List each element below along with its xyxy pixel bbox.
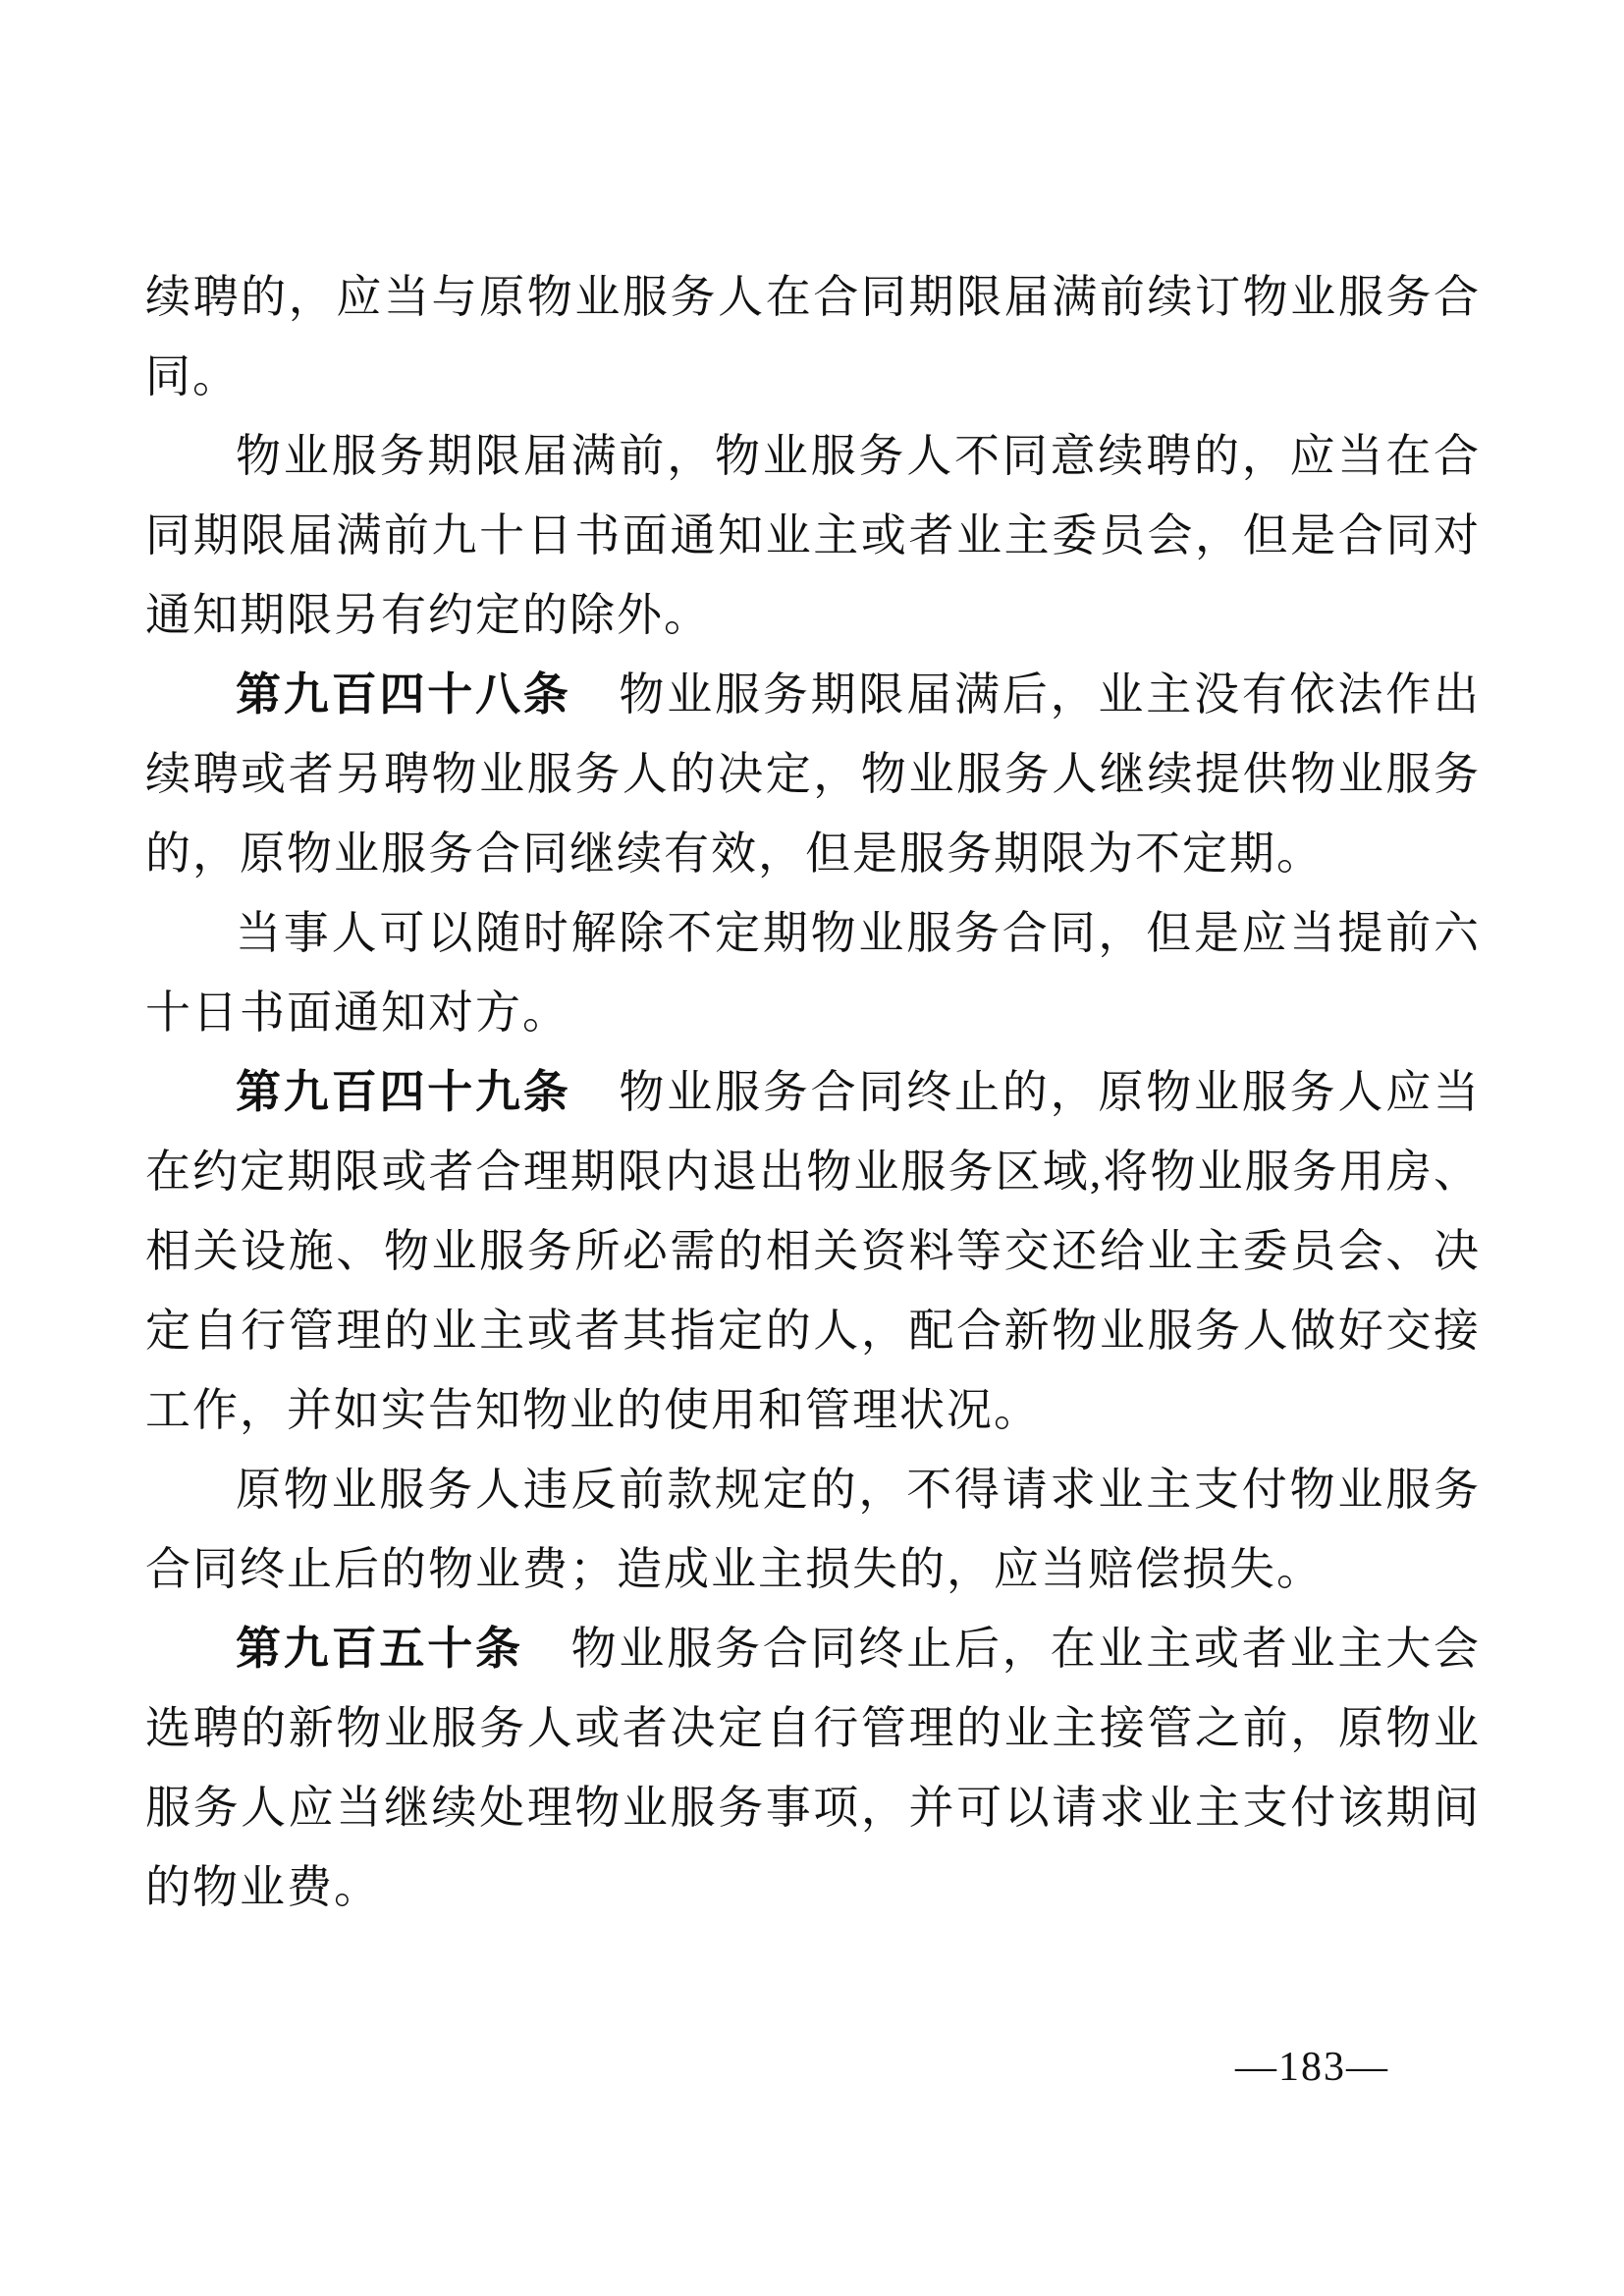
text-line: 同。 xyxy=(145,337,1479,416)
text-segment: 选聘的新物业服务人或者决定自行管理的业主接管之前，原物业 xyxy=(145,1703,1479,1753)
paragraph: 续聘的，应当与原物业服务人在合同期限届满前续订物业服务合同。 xyxy=(145,257,1479,416)
text-segment: 定自行管理的业主或者其指定的人，配合新物业服务人做好交接 xyxy=(145,1306,1479,1356)
text-segment: 同期限届满前九十日书面通知业主或者业主委员会，但是合同对 xyxy=(145,510,1479,561)
text-line: 第九百五十条 物业服务合同终止后，在业主或者业主大会 xyxy=(145,1609,1479,1688)
text-segment: 物业服务期限届满后，业主没有依法作出 xyxy=(571,669,1479,720)
text-segment: 十日书面通知对方。 xyxy=(145,988,569,1038)
text-line: 通知期限另有约定的除外。 xyxy=(145,575,1479,655)
text-line: 相关设施、物业服务所必需的相关资料等交还给业主委员会、决 xyxy=(145,1211,1479,1291)
page-number: —183— xyxy=(1235,2044,1389,2091)
paragraph: 原物业服务人违反前款规定的，不得请求业主支付物业服务合同终止后的物业费；造成业主… xyxy=(145,1450,1479,1609)
text-line: 原物业服务人违反前款规定的，不得请求业主支付物业服务 xyxy=(145,1450,1479,1529)
text-line: 续聘或者另聘物业服务人的决定，物业服务人继续提供物业服务 xyxy=(145,734,1479,814)
text-line: 第九百四十八条 物业服务期限届满后，业主没有依法作出 xyxy=(145,655,1479,734)
paragraph: 第九百五十条 物业服务合同终止后，在业主或者业主大会选聘的新物业服务人或者决定自… xyxy=(145,1609,1479,1927)
paragraph: 当事人可以随时解除不定期物业服务合同，但是应当提前六十日书面通知对方。 xyxy=(145,893,1479,1052)
text-segment: 同。 xyxy=(145,351,240,401)
text-line: 同期限届满前九十日书面通知业主或者业主委员会，但是合同对 xyxy=(145,496,1479,575)
text-line: 定自行管理的业主或者其指定的人，配合新物业服务人做好交接 xyxy=(145,1291,1479,1370)
text-line: 的物业费。 xyxy=(145,1847,1479,1927)
text-segment: 当事人可以随时解除不定期物业服务合同，但是应当提前六 xyxy=(236,908,1479,958)
text-segment: 的物业费。 xyxy=(145,1862,381,1912)
paragraph: 第九百四十九条 物业服务合同终止的，原物业服务人应当在约定期限或者合理期限内退出… xyxy=(145,1052,1479,1450)
text-segment: 物业服务期限届满前，物业服务人不同意续聘的，应当在合 xyxy=(236,431,1479,481)
text-segment: 合同终止后的物业费；造成业主损失的，应当赔偿损失。 xyxy=(145,1544,1324,1594)
text-line: 在约定期限或者合理期限内退出物业服务区域,将物业服务用房、 xyxy=(145,1132,1479,1211)
text-line: 选聘的新物业服务人或者决定自行管理的业主接管之前，原物业 xyxy=(145,1688,1479,1768)
text-line: 物业服务期限届满前，物业服务人不同意续聘的，应当在合 xyxy=(145,416,1479,496)
text-segment: 在约定期限或者合理期限内退出物业服务区域,将物业服务用房、 xyxy=(145,1147,1479,1197)
text-segment: 物业服务合同终止的，原物业服务人应当 xyxy=(571,1067,1479,1117)
text-segment: 服务人应当继续处理物业服务事项，并可以请求业主支付该期间 xyxy=(145,1783,1479,1833)
text-line: 的，原物业服务合同继续有效，但是服务期限为不定期。 xyxy=(145,814,1479,893)
text-segment: 续聘的，应当与原物业服务人在合同期限届满前续订物业服务合 xyxy=(145,272,1479,322)
article-number: 第九百四十九条 xyxy=(236,1067,571,1117)
paragraph: 物业服务期限届满前，物业服务人不同意续聘的，应当在合同期限届满前九十日书面通知业… xyxy=(145,416,1479,655)
text-line: 续聘的，应当与原物业服务人在合同期限届满前续订物业服务合 xyxy=(145,257,1479,337)
text-segment: 工作，并如实告知物业的使用和管理状况。 xyxy=(145,1385,1041,1435)
text-segment: 的，原物业服务合同继续有效，但是服务期限为不定期。 xyxy=(145,828,1324,879)
text-segment: 通知期限另有约定的除外。 xyxy=(145,590,711,640)
text-segment: 相关设施、物业服务所必需的相关资料等交还给业主委员会、决 xyxy=(145,1226,1479,1276)
text-segment: 续聘或者另聘物业服务人的决定，物业服务人继续提供物业服务 xyxy=(145,749,1479,799)
text-line: 服务人应当继续处理物业服务事项，并可以请求业主支付该期间 xyxy=(145,1768,1479,1847)
article-number: 第九百四十八条 xyxy=(236,669,571,720)
text-line: 合同终止后的物业费；造成业主损失的，应当赔偿损失。 xyxy=(145,1529,1479,1609)
text-line: 第九百四十九条 物业服务合同终止的，原物业服务人应当 xyxy=(145,1052,1479,1132)
document-body: 续聘的，应当与原物业服务人在合同期限届满前续订物业服务合同。物业服务期限届满前，… xyxy=(145,257,1479,1927)
article-number: 第九百五十条 xyxy=(236,1624,523,1674)
text-line: 当事人可以随时解除不定期物业服务合同，但是应当提前六 xyxy=(145,893,1479,973)
text-line: 工作，并如实告知物业的使用和管理状况。 xyxy=(145,1370,1479,1450)
document-page: 续聘的，应当与原物业服务人在合同期限届满前续订物业服务合同。物业服务期限届满前，… xyxy=(0,0,1624,2296)
text-line: 十日书面通知对方。 xyxy=(145,973,1479,1052)
paragraph: 第九百四十八条 物业服务期限届满后，业主没有依法作出续聘或者另聘物业服务人的决定… xyxy=(145,655,1479,893)
text-segment: 原物业服务人违反前款规定的，不得请求业主支付物业服务 xyxy=(236,1465,1479,1515)
text-segment: 物业服务合同终止后，在业主或者业主大会 xyxy=(523,1624,1479,1674)
